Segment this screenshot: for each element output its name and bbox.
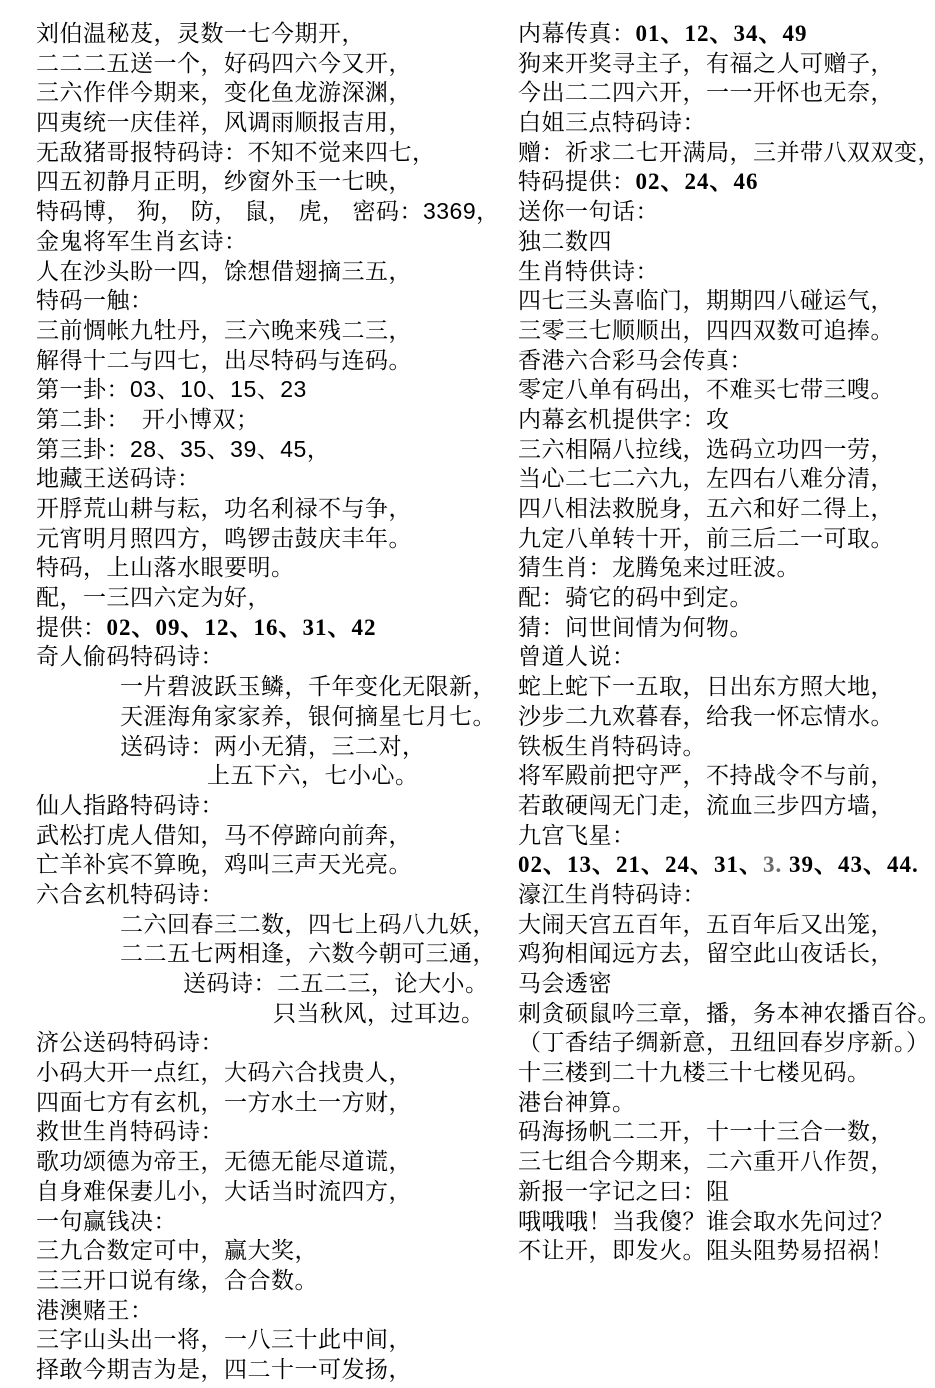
text-segment: 二六回春三二数，四七上码八九妖， xyxy=(120,911,496,937)
left-text-column: 刘伯温秘芨，灵数一七今期开，二二二五送一个，好码四六今又开，三六作伴今期来，变化… xyxy=(36,19,506,1385)
text-line: 一片碧波跃玉鳞，千年变化无限新， xyxy=(36,672,506,702)
tip-sheet-page: 刘伯温秘芨，灵数一七今期开，二二二五送一个，好码四六今又开，三六作伴今期来，变化… xyxy=(0,0,935,1388)
text-line: 仙人指路特码诗： xyxy=(36,791,506,821)
text-line: 人在沙头盼一四，馀想借翅摘三五， xyxy=(36,257,506,287)
text-line: 曾道人说： xyxy=(518,642,930,672)
text-segment: 内幕传真： xyxy=(518,20,636,46)
text-segment: 解得十二与四七，出尽特码与连码。 xyxy=(36,347,412,373)
text-line: 港台神算。 xyxy=(518,1088,930,1118)
text-segment: 铁板生肖特码诗。 xyxy=(518,733,706,759)
text-segment: 二二五七两相逢，六数今朝可三通， xyxy=(120,940,496,966)
text-line: 刘伯温秘芨，灵数一七今期开， xyxy=(36,19,506,49)
text-segment: 济公送码特码诗： xyxy=(36,1029,224,1055)
text-segment: 配：骑它的码中到定。 xyxy=(518,584,753,610)
text-segment: 三六相隔八拉线，选码立功四一劳， xyxy=(518,436,894,462)
text-line: 白姐三点特码诗： xyxy=(518,108,930,138)
text-segment: 救世生肖特码诗： xyxy=(36,1118,224,1144)
text-line: 狗来开奖寻主子，有福之人可赠子， xyxy=(518,49,930,79)
text-line: （丁香结子绸新意，丑纽回春岁序新。） xyxy=(518,1028,930,1058)
number-segment: 02、24、46 xyxy=(636,169,759,194)
text-line: 赠：祈求二七开满局，三并带八双双变， xyxy=(518,138,930,168)
text-line: 铁板生肖特码诗。 xyxy=(518,732,930,762)
text-segment: 送码诗：两小无猜，三二对， xyxy=(120,733,426,759)
text-segment: 第二卦： 开小博双； xyxy=(36,406,260,432)
text-segment: 金鬼将军生肖玄诗： xyxy=(36,228,248,254)
text-line: 一句赢钱决： xyxy=(36,1207,506,1237)
text-segment: 配，一三四六定为好， xyxy=(36,584,271,610)
text-segment: 六合玄机特码诗： xyxy=(36,881,224,907)
text-segment: 亡羊补宾不算晚，鸡叫三声天光亮。 xyxy=(36,851,412,877)
text-segment: 马会透密 xyxy=(518,970,612,996)
text-segment: 三零三七顺顺出，四四双数可追捧。 xyxy=(518,317,894,343)
right-text-column: 内幕传真：01、12、34、49狗来开奖寻主子，有福之人可赠子，今出二二四六开，… xyxy=(518,19,930,1266)
text-line: 十三楼到二十九楼三十七楼见码。 xyxy=(518,1058,930,1088)
text-segment: 香港六合彩马会传真： xyxy=(518,347,753,373)
text-segment: 一句赢钱决： xyxy=(36,1208,177,1234)
text-segment: 二二二五送一个，好码四六今又开， xyxy=(36,50,412,76)
text-segment: 四夷统一庆佳祥，风调雨顺报吉用， xyxy=(36,109,412,135)
text-line: 金鬼将军生肖玄诗： xyxy=(36,227,506,257)
number-segment: 39、43、44. xyxy=(789,852,919,877)
text-segment: 三前惆帐九牡丹，三六晚来残二三， xyxy=(36,317,412,343)
text-segment: 开脬荒山耕与耘，功名利禄不与争， xyxy=(36,495,412,521)
text-segment: 三三开口说有缘，合合数。 xyxy=(36,1267,318,1293)
text-line: 奇人偷码特码诗： xyxy=(36,642,506,672)
text-line: 码海扬帆二二开，十一十三合一数， xyxy=(518,1117,930,1147)
text-line: 上五下六，七小心。 xyxy=(36,761,506,791)
text-segment: 若敢硬闯无门走，流血三步四方墙， xyxy=(518,792,894,818)
text-segment: 无敌猪哥报特码诗：不知不觉来四七， xyxy=(36,139,436,165)
text-line: 港澳赌王： xyxy=(36,1296,506,1326)
text-segment: 将军殿前把守严，不持战令不与前， xyxy=(518,762,894,788)
text-line: 地藏王送码诗： xyxy=(36,464,506,494)
text-line: 送码诗：两小无猜，三二对， xyxy=(36,732,506,762)
text-segment: 三七组合今期来，二六重开八作贺， xyxy=(518,1148,894,1174)
text-line: 小码大开一点红，大码六合找贵人， xyxy=(36,1058,506,1088)
text-line: 元宵明月照四方，鸣锣击鼓庆丰年。 xyxy=(36,524,506,554)
text-line: 亡羊补宾不算晚，鸡叫三声天光亮。 xyxy=(36,850,506,880)
text-segment: 港台神算。 xyxy=(518,1089,636,1115)
text-line: 二六回春三二数，四七上码八九妖， xyxy=(36,910,506,940)
text-segment: 只当秋风，过耳边。 xyxy=(273,1000,485,1026)
text-line: 当心二七二六九，左四右八难分清， xyxy=(518,464,930,494)
text-segment: 第三卦：28、35、39、45， xyxy=(36,436,330,462)
text-segment: 哦哦哦！当我傻？谁会取水先问过？ xyxy=(518,1208,894,1234)
text-segment: 人在沙头盼一四，馀想借翅摘三五， xyxy=(36,258,412,284)
text-line: 济公送码特码诗： xyxy=(36,1028,506,1058)
text-segment: 内幕玄机提供字：攻 xyxy=(518,406,730,432)
text-segment: 狗来开奖寻主子，有福之人可赠子， xyxy=(518,50,894,76)
text-segment: 濠江生肖特码诗： xyxy=(518,881,706,907)
text-line: 提供：02、09、12、16、31、42 xyxy=(36,613,506,643)
text-line: 九定八单转十开，前三后二一可取。 xyxy=(518,524,930,554)
text-segment: 生肖特供诗： xyxy=(518,258,659,284)
text-segment: 不让开，即发火。阻头阻势易招祸！ xyxy=(518,1237,894,1263)
text-line: 特码提供：02、24、46 xyxy=(518,167,930,197)
text-segment: 特码提供： xyxy=(518,168,636,194)
text-line: 不让开，即发火。阻头阻势易招祸！ xyxy=(518,1236,930,1266)
text-line: 只当秋风，过耳边。 xyxy=(36,999,506,1029)
text-line: 沙步二九欢暮春，给我一怀忘情水。 xyxy=(518,702,930,732)
text-line: 二二五七两相逢，六数今朝可三通， xyxy=(36,939,506,969)
text-line: 今出二二四六开，一一开怀也无奈， xyxy=(518,78,930,108)
text-segment: 歌功颂德为帝王，无德无能尽道谎， xyxy=(36,1148,412,1174)
text-line: 濠江生肖特码诗： xyxy=(518,880,930,910)
text-segment: 小码大开一点红，大码六合找贵人， xyxy=(36,1059,412,1085)
text-line: 内幕玄机提供字：攻 xyxy=(518,405,930,435)
text-segment: 九定八单转十开，前三后二一可取。 xyxy=(518,525,894,551)
text-segment: 元宵明月照四方，鸣锣击鼓庆丰年。 xyxy=(36,525,412,551)
text-line: 四夷统一庆佳祥，风调雨顺报吉用， xyxy=(36,108,506,138)
text-line: 猜生肖：龙腾兔来过旺波。 xyxy=(518,553,930,583)
text-line: 生肖特供诗： xyxy=(518,257,930,287)
number-segment: 02、09、12、16、31、42 xyxy=(107,615,377,640)
text-line: 无敌猪哥报特码诗：不知不觉来四七， xyxy=(36,138,506,168)
text-line: 二二二五送一个，好码四六今又开， xyxy=(36,49,506,79)
text-segment: 三六作伴今期来，变化鱼龙游深渊， xyxy=(36,79,412,105)
text-line: 武松打虎人借知，马不停蹄向前奔， xyxy=(36,821,506,851)
text-segment: 曾道人说： xyxy=(518,643,636,669)
text-line: 择敢今期吉为是，四二十一可发扬， xyxy=(36,1355,506,1385)
text-line: 特码一触： xyxy=(36,286,506,316)
text-segment: 大闹天宫五百年，五百年后又出笼， xyxy=(518,911,894,937)
text-segment: 上五下六，七小心。 xyxy=(207,762,419,788)
text-segment: 港澳赌王： xyxy=(36,1297,154,1323)
text-line: 三字山头出一将，一八三十此中间， xyxy=(36,1325,506,1355)
text-line: 若敢硬闯无门走，流血三步四方墙， xyxy=(518,791,930,821)
text-line: 送码诗：二五二三，论大小。 xyxy=(36,969,506,999)
text-line: 配：骑它的码中到定。 xyxy=(518,583,930,613)
text-line: 三三开口说有缘，合合数。 xyxy=(36,1266,506,1296)
text-line: 自身难保妻儿小，大话当时流四方， xyxy=(36,1177,506,1207)
text-segment: 自身难保妻儿小，大话当时流四方， xyxy=(36,1178,412,1204)
text-line: 三前惆帐九牡丹，三六晚来残二三， xyxy=(36,316,506,346)
text-segment: 四八相法救脱身，五六和好二得上， xyxy=(518,495,894,521)
text-line: 四五初静月正明，纱窗外玉一七映， xyxy=(36,167,506,197)
text-line: 鸡狗相闻远方去，留空此山夜话长， xyxy=(518,939,930,969)
text-line: 哦哦哦！当我傻？谁会取水先问过？ xyxy=(518,1207,930,1237)
text-segment: 刺贪硕鼠吟三章，播，务本神农播百谷。 xyxy=(518,1000,935,1026)
number-segment: 02、13、21、24、31、 xyxy=(518,852,763,877)
text-line: 新报一字记之曰：阻 xyxy=(518,1177,930,1207)
text-segment: 刘伯温秘芨，灵数一七今期开， xyxy=(36,20,365,46)
text-segment: 仙人指路特码诗： xyxy=(36,792,224,818)
text-line: 第三卦：28、35、39、45， xyxy=(36,435,506,465)
text-line: 内幕传真：01、12、34、49 xyxy=(518,19,930,49)
text-line: 蛇上蛇下一五取，日出东方照大地， xyxy=(518,672,930,702)
text-segment: 鸡狗相闻远方去，留空此山夜话长， xyxy=(518,940,894,966)
text-segment: 送码诗：二五二三，论大小。 xyxy=(183,970,489,996)
text-line: 救世生肖特码诗： xyxy=(36,1117,506,1147)
text-segment: 四面七方有玄机，一方水土一方财， xyxy=(36,1089,412,1115)
text-line: 六合玄机特码诗： xyxy=(36,880,506,910)
text-line: 四七三头喜临门，期期四八碰运气， xyxy=(518,286,930,316)
text-line: 三九合数定可中，赢大奖， xyxy=(36,1236,506,1266)
text-segment: 赠：祈求二七开满局，三并带八双双变， xyxy=(518,139,935,165)
text-segment: 当心二七二六九，左四右八难分清， xyxy=(518,465,894,491)
number-segment: 01、12、34、49 xyxy=(636,21,808,46)
text-segment: 一片碧波跃玉鳞，千年变化无限新， xyxy=(120,673,496,699)
text-segment: 送你一句话： xyxy=(518,198,659,224)
text-segment: 猜生肖：龙腾兔来过旺波。 xyxy=(518,554,800,580)
text-segment: 三九合数定可中，赢大奖， xyxy=(36,1237,318,1263)
text-line: 歌功颂德为帝王，无德无能尽道谎， xyxy=(36,1147,506,1177)
number-segment: 3. xyxy=(763,852,789,877)
text-segment: 十三楼到二十九楼三十七楼见码。 xyxy=(518,1059,871,1085)
text-line: 配，一三四六定为好， xyxy=(36,583,506,613)
text-segment: 码海扬帆二二开，十一十三合一数， xyxy=(518,1118,894,1144)
text-segment: 地藏王送码诗： xyxy=(36,465,201,491)
text-segment: 特码一触： xyxy=(36,287,154,313)
text-segment: 特码，上山落水眼要明。 xyxy=(36,554,295,580)
text-segment: 白姐三点特码诗： xyxy=(518,109,706,135)
text-line: 送你一句话： xyxy=(518,197,930,227)
text-line: 开脬荒山耕与耘，功名利禄不与争， xyxy=(36,494,506,524)
text-line: 香港六合彩马会传真： xyxy=(518,346,930,376)
text-segment: 四五初静月正明，纱窗外玉一七映， xyxy=(36,168,412,194)
text-line: 特码博， 狗， 防， 鼠， 虎， 密码：3369， xyxy=(36,197,506,227)
text-line: 零定八单有码出，不难买七带三嗖。 xyxy=(518,375,930,405)
text-segment: 沙步二九欢暮春，给我一怀忘情水。 xyxy=(518,703,894,729)
text-segment: 天涯海角家家养，银何摘星七月七。 xyxy=(120,703,496,729)
text-segment: 猜：问世间情为何物。 xyxy=(518,614,753,640)
text-segment: 独二数四 xyxy=(518,228,612,254)
text-segment: 第一卦：03、10、15、23 xyxy=(36,376,307,402)
text-line: 猜：问世间情为何物。 xyxy=(518,613,930,643)
text-line: 四八相法救脱身，五六和好二得上， xyxy=(518,494,930,524)
text-segment: 奇人偷码特码诗： xyxy=(36,643,224,669)
text-line: 四面七方有玄机，一方水土一方财， xyxy=(36,1088,506,1118)
text-segment: 今出二二四六开，一一开怀也无奈， xyxy=(518,79,894,105)
text-line: 九宫飞星： xyxy=(518,821,930,851)
text-segment: 择敢今期吉为是，四二十一可发扬， xyxy=(36,1356,412,1382)
text-segment: 九宫飞星： xyxy=(518,822,636,848)
text-line: 天涯海角家家养，银何摘星七月七。 xyxy=(36,702,506,732)
text-segment: 特码博， 狗， 防， 鼠， 虎， 密码：3369， xyxy=(36,198,500,224)
text-line: 02、13、21、24、31、3. 39、43、44. xyxy=(518,850,930,880)
text-segment: 武松打虎人借知，马不停蹄向前奔， xyxy=(36,822,412,848)
text-segment: 提供： xyxy=(36,614,107,640)
text-line: 大闹天宫五百年，五百年后又出笼， xyxy=(518,910,930,940)
text-line: 第二卦： 开小博双； xyxy=(36,405,506,435)
text-line: 独二数四 xyxy=(518,227,930,257)
text-line: 第一卦：03、10、15、23 xyxy=(36,375,506,405)
text-segment: （丁香结子绸新意，丑纽回春岁序新。） xyxy=(518,1029,930,1055)
text-line: 将军殿前把守严，不持战令不与前， xyxy=(518,761,930,791)
text-line: 马会透密 xyxy=(518,969,930,999)
text-segment: 新报一字记之曰：阻 xyxy=(518,1178,730,1204)
text-segment: 四七三头喜临门，期期四八碰运气， xyxy=(518,287,894,313)
text-segment: 三字山头出一将，一八三十此中间， xyxy=(36,1326,412,1352)
text-line: 特码，上山落水眼要明。 xyxy=(36,553,506,583)
text-line: 三六作伴今期来，变化鱼龙游深渊， xyxy=(36,78,506,108)
text-line: 三六相隔八拉线，选码立功四一劳， xyxy=(518,435,930,465)
text-segment: 零定八单有码出，不难买七带三嗖。 xyxy=(518,376,894,402)
text-line: 三七组合今期来，二六重开八作贺， xyxy=(518,1147,930,1177)
text-line: 三零三七顺顺出，四四双数可追捧。 xyxy=(518,316,930,346)
text-segment: 蛇上蛇下一五取，日出东方照大地， xyxy=(518,673,894,699)
text-line: 解得十二与四七，出尽特码与连码。 xyxy=(36,346,506,376)
text-line: 刺贪硕鼠吟三章，播，务本神农播百谷。 xyxy=(518,999,930,1029)
